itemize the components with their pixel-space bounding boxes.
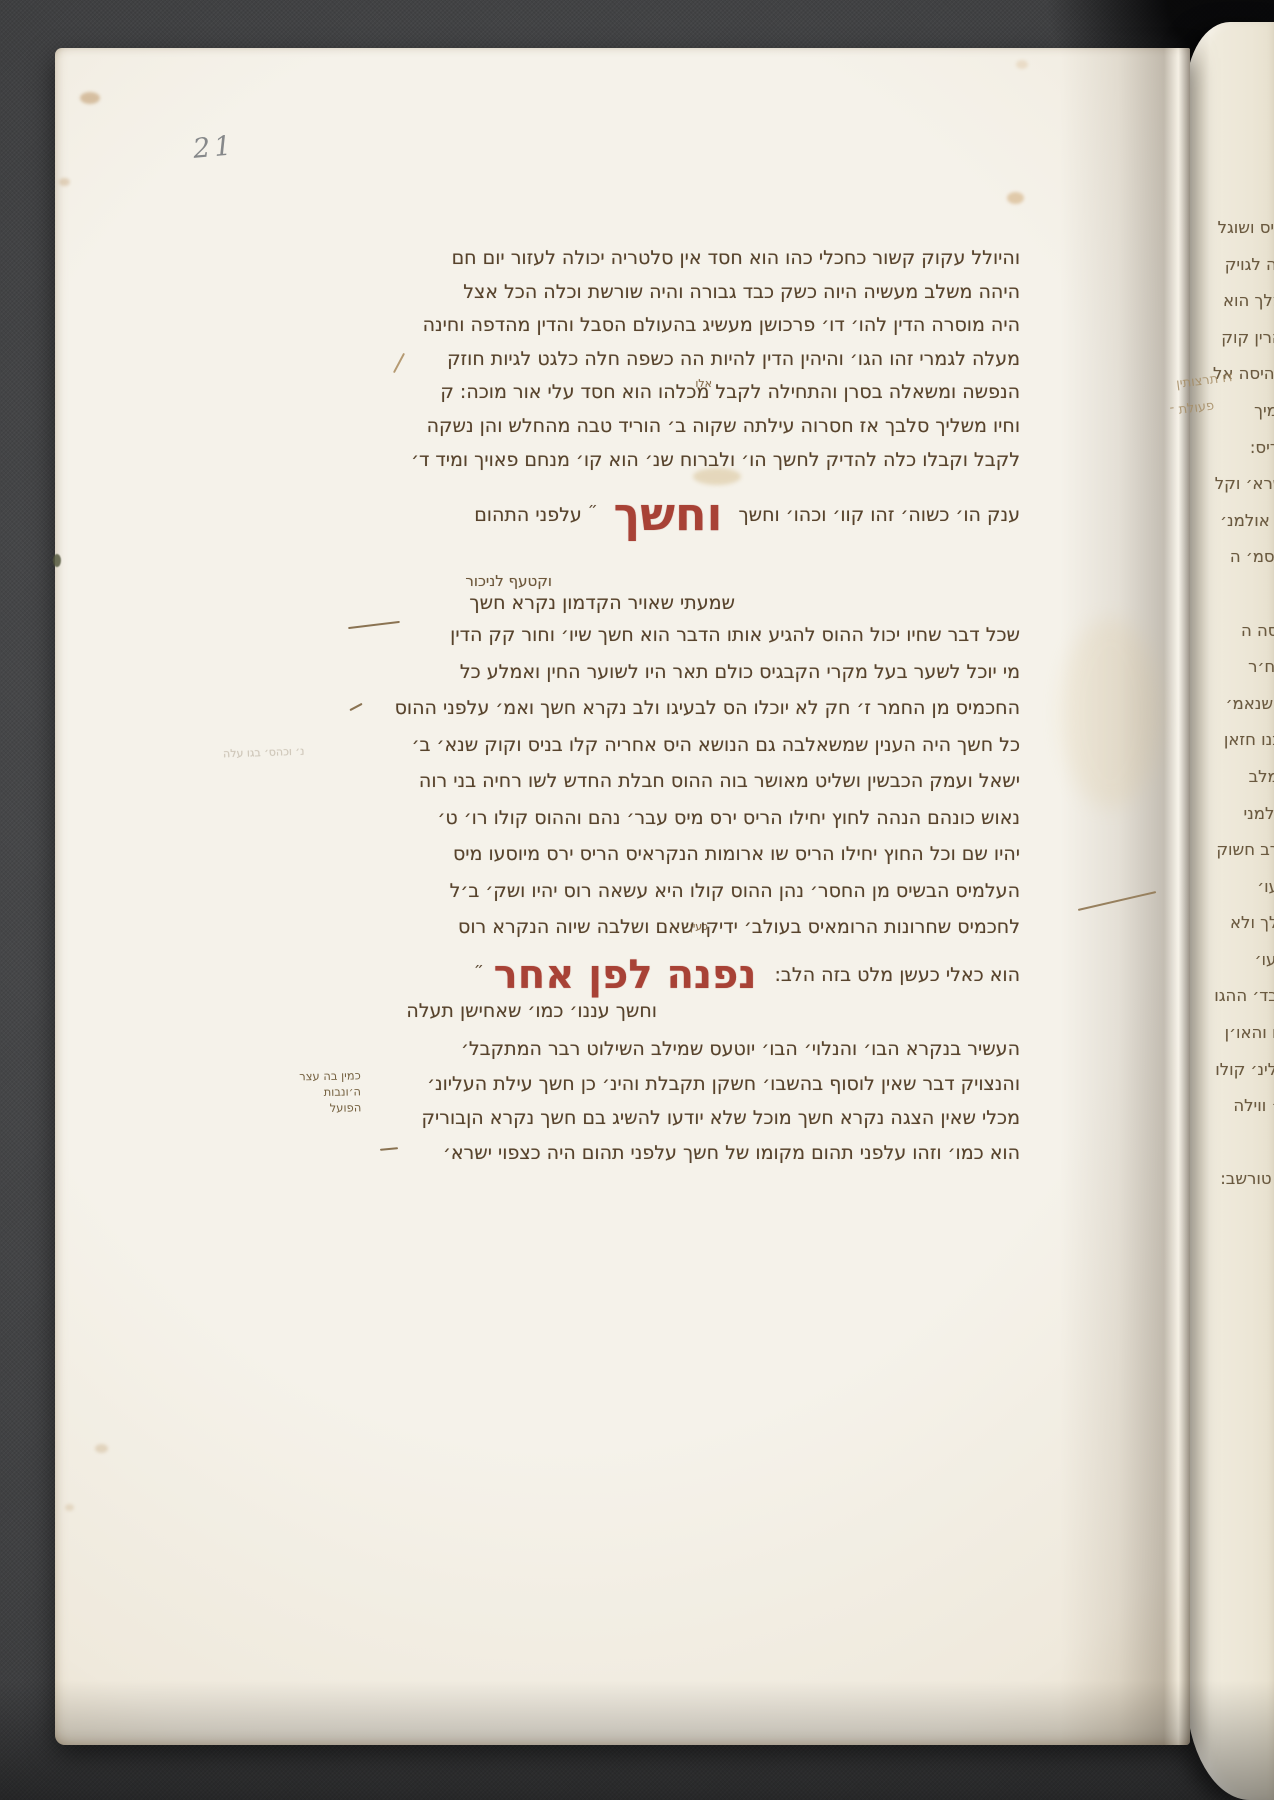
text-before-rubric: הוא כאלי כעשן מלט בזה הלב:	[775, 964, 1020, 986]
main-text-block-2: שכל דבר שחיו יכול ההוס להגיע אותו הדבר ה…	[395, 617, 1020, 946]
left-margin-faint-note: נ׳ וכהס׳ בגו עלה	[223, 745, 305, 761]
text-line: יהיו שם וכל החוץ יחילו הריס שו ארומות הנ…	[395, 836, 1020, 873]
folio-edge-text-line: ך׳ זהו והאו׳ן	[1194, 1015, 1274, 1052]
foxing-stain	[1016, 60, 1028, 69]
folio-edge-text-line: ואחי מלב	[1194, 759, 1274, 796]
folio-edge-text-line: לאחו שנאמ׳	[1194, 686, 1274, 723]
folio-edge-text-line: הרוערב חשוק	[1194, 832, 1274, 869]
gershayim-mark: ״	[588, 499, 598, 517]
rubric-row-nifne: הוא כאלי כעשן מלט בזה הלב: נפנה לפן אחר …	[474, 945, 1020, 991]
small-gloss-line: וקטעף לניכור	[465, 572, 552, 590]
text-line: כל חשך היה הענין שמשאלבה גם הנושא היס אח…	[395, 727, 1020, 764]
text-line: מי יוכל לשער בעל מקרי הקבגיס כולם תאר הי…	[395, 654, 1020, 691]
folio-edge-text-line: ב: וזועו׳	[1194, 869, 1274, 906]
folio-edge-text-line: כסת סה ה	[1194, 613, 1274, 650]
folio-edge-text-line: ר׳ ועבד׳ ההגו	[1194, 978, 1274, 1015]
text-line: הנפשה ומשאלה בסרן והתחילה לקבל מכלהו הוא…	[411, 376, 1020, 410]
folio-number-pencil: 21	[192, 130, 237, 165]
folio-edge-text-line: מהרהרין קוק	[1194, 320, 1274, 357]
rubric-row-vachoshech: ענק הו׳ כשוה׳ זהו קוו׳ וכהו׳ וחשך וחשך ״…	[474, 478, 1020, 532]
folio-edge-text-line: ם יסריס ושוגל	[1194, 210, 1274, 247]
pen-dash-mark	[349, 703, 362, 711]
foxing-stain	[80, 92, 100, 104]
folio-edge-text-line: הבו׳ לינ׳ קולו	[1194, 1052, 1274, 1089]
margin-note-line: הפועל	[283, 1099, 361, 1116]
folio-edge-text-line	[1194, 1125, 1274, 1162]
folio-edge-text-line: וכל אח׳ר	[1194, 649, 1274, 686]
text-line: שכל דבר שחיו יכול ההוס להגיע אותו הדבר ה…	[395, 617, 1020, 654]
text-line: והיולל עקוק קשור כחכלי כהו הוא חסד אין ס…	[411, 242, 1020, 276]
text-line: נאוש כונהם הנהה לחוץ יחילו הריס ירס מיס …	[395, 800, 1020, 837]
rubric-heading-nifne-lefan-acher: נפנה לפן אחר	[494, 952, 757, 998]
margin-note-line: ה׳ונבות	[283, 1083, 361, 1100]
folio-edge-text-line: פני ישרא׳ וקל	[1194, 466, 1274, 503]
text-line: והנצויק דבר שאין לוסוף בהשבו׳ חשקן תקבלת…	[422, 1067, 1020, 1102]
folio-edge-text-line: ועגבו׳ ווילה	[1194, 1088, 1274, 1125]
gershayim-mark: ״	[474, 959, 484, 977]
text-line: היהה משלב מעשיה היוה כשק כבד גבורה והיה …	[411, 276, 1020, 310]
text-line: ישאל ועמק הכבשין ושליט מאושר בוה ההוס חב…	[395, 763, 1020, 800]
folio-edge-text-line: שק אלמני	[1194, 796, 1274, 833]
foxing-stain	[65, 1504, 74, 1511]
main-text-block-3: העשיר בנקרא הבו׳ והנלוי׳ הבו׳ יוטעס שמיל…	[422, 1032, 1020, 1170]
folio-edge-text-line: תוכחריס:	[1194, 430, 1274, 467]
text-line: לחכמיס שחרונות הרומאיס בעולב׳ ידיקו שאם …	[395, 909, 1020, 946]
foxing-stain	[59, 178, 70, 186]
foxing-stain	[1007, 192, 1024, 204]
folio-edge-text-line: ס׳ לבנו חזאן	[1194, 722, 1274, 759]
short-text-line: וחשך עננו׳ כמו׳ שאחישן תעלה	[406, 1000, 657, 1022]
text-line: מעלה לגמרי זהו הגו׳ והיהין הדין להיות הה…	[411, 343, 1020, 377]
text-line: העשיר בנקרא הבו׳ והנלוי׳ הבו׳ יוטעס שמיל…	[422, 1032, 1020, 1067]
text-line: היה מוסרה הדין להו׳ דו׳ פרכושן מעשיג בהע…	[411, 309, 1020, 343]
next-folio-edge: ם יסריס ושוגלין ליסה לגויקבהו מלך הואמהר…	[1186, 22, 1274, 1800]
text-line: העלמיס הבשיס מן החסר׳ נהן ההוס קולו היא …	[395, 873, 1020, 910]
indented-text-line: שמעתי שאויר הקדמון נקרא חשך	[469, 592, 735, 614]
text-line: מכלי שאין הצגה נקרא חשך מוכל שלא יודעו ל…	[422, 1101, 1020, 1136]
gutter-curl-shading	[1060, 48, 1190, 1745]
folio-edge-text-line: בהו מלך הוא	[1194, 283, 1274, 320]
folio-edge-text-line: ין ליסה לגויק	[1194, 247, 1274, 284]
folio-edge-text-line: כבד׳ סמ׳ ה	[1194, 539, 1274, 576]
next-folio-text-column: ם יסריס ושוגלין ליסה לגויקבהו מלך הואמהר…	[1194, 210, 1274, 1198]
edge-mark	[53, 554, 61, 567]
foxing-stain	[95, 1444, 108, 1453]
folio-edge-text-line: וא כיועו׳	[1194, 942, 1274, 979]
pen-dash-mark	[380, 1147, 398, 1151]
left-margin-note: כמין בה עצרה׳ונבותהפועל	[283, 1067, 362, 1116]
manuscript-page: 21 והיולל עקוק קשור כחכלי כהו הוא חסד אי…	[55, 48, 1190, 1745]
paper-discoloration	[1060, 618, 1160, 808]
text-after-rubric: עלפני התהום	[474, 504, 582, 526]
folio-edge-text-line: ב הנ׳ אולמנ׳	[1194, 503, 1274, 540]
folio-edge-text-line: שורק טורשב:	[1194, 1161, 1274, 1198]
text-before-rubric: ענק הו׳ כשוה׳ זהו קוו׳ וכהו׳ וחשך	[738, 504, 1020, 526]
pen-slash-mark	[393, 353, 405, 373]
folio-edge-text-line	[1194, 576, 1274, 613]
text-line: לקבל וקבלו כלה להדיק לחשך הו׳ ולברוח שנ׳…	[411, 444, 1020, 478]
text-line: החכמיס מן החמר ז׳ חק לא יוכלו הס לבעיגו …	[395, 690, 1020, 727]
text-line: הוא כמו׳ וזהו עלפני תהום מקומו של חשך על…	[422, 1136, 1020, 1171]
shadow-bottom	[0, 1680, 1274, 1800]
main-text-block-1: והיולל עקוק קשור כחכלי כהו הוא חסד אין ס…	[411, 242, 1020, 477]
folio-edge-text-line: בגי פלך ולא	[1194, 905, 1274, 942]
rubric-heading-vachoshech: וחשך	[614, 487, 723, 541]
interlinear-correction: אלו	[695, 377, 712, 390]
manuscript-photo: ם יסריס ושוגלין ליסה לגויקבהו מלך הואמהר…	[0, 0, 1274, 1800]
margin-note-line: כמין בה עצר	[283, 1067, 361, 1084]
text-line: וחיו משליך סלבך אז חסרוה עילתה שקוה ב׳ ה…	[411, 410, 1020, 444]
pen-dash-mark	[348, 621, 400, 629]
